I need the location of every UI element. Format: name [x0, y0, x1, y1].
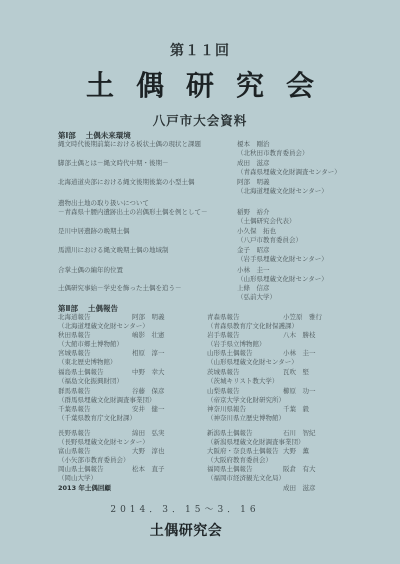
part1-item-author: 金子 昭彦 [237, 246, 270, 255]
part1-item-affiliation: （弘前大学） [237, 293, 276, 302]
report-affiliation: （福岡市経済観光文化局） [207, 474, 285, 483]
report-person: 大野 薫 [283, 447, 309, 456]
report-affiliation: （大館市郷土博物館） [58, 340, 123, 349]
report-title: 群馬県報告 [58, 387, 91, 396]
part1-item-author: 上條 信彦 [237, 284, 270, 293]
part1-item-affiliation: （青森県埋蔵文化財調査センター） [237, 168, 341, 177]
report-affiliation: （新潟県埋蔵文化財調査事業団） [207, 438, 305, 447]
part1-item-affiliation: （八戸市教育委員会） [237, 236, 302, 245]
report-affiliation: （岡山大学） [58, 474, 97, 483]
part1-item-title: 合掌土偶の編年的位置 [58, 266, 123, 275]
report-affiliation: （大阪府教育委員会） [207, 456, 272, 465]
report-person: 八木 勝枝 [283, 331, 316, 340]
report-person: 小笠原 雅行 [283, 313, 322, 322]
report-person: 阪倉 有大 [283, 465, 316, 474]
report-person: 谷藤 保彦 [132, 387, 165, 396]
report-title: 岩手県報告 [207, 331, 240, 340]
part1-item-author: 小林 圭一 [237, 266, 270, 275]
report-title: 福岡県土偶報告 [207, 465, 253, 474]
report-title: 青森県報告 [207, 313, 240, 322]
part1-item-author: 小久保 拓也 [237, 227, 276, 236]
report-affiliation: （神奈川県立歴史博物館） [207, 414, 285, 423]
report-affiliation: （千葉県教育庁文化財課） [58, 414, 136, 423]
report-title: 神奈川県報告 [207, 405, 246, 414]
report-title: 秋田県報告 [58, 331, 91, 340]
part1-item-title: 土偶研究事始－学史を飾った土偶を追う－ [58, 284, 182, 293]
report-title: 千葉県報告 [58, 405, 91, 414]
organizer-name: 土偶研究会 [0, 520, 400, 540]
part1-item-title: 脚部土偶とは－縄文時代中期・後期－ [58, 159, 169, 168]
report-affiliation: （小矢部市教育委員会） [58, 456, 130, 465]
report-title: 茨城県報告 [207, 368, 240, 377]
report-person: 千葉 毅 [283, 405, 309, 414]
part1-item-title: 北海道道央部における縄文後期後葉の小型土偶 [58, 178, 195, 187]
report-person: 瓦吹 堅 [283, 368, 309, 377]
part2-title: 土偶報告 [88, 304, 118, 313]
part1-item-affiliation: （山形県埋蔵文化財センター） [237, 275, 328, 284]
report-person: 綿田 弘実 [132, 429, 165, 438]
report-title: 北海道報告 [58, 313, 91, 322]
part1-item-affiliation: （北海道埋蔵文化財センター） [237, 187, 328, 196]
report-affiliation: （東北歴史博物館） [58, 358, 117, 367]
part1-item-author: 阿部 明義 [237, 178, 270, 187]
event-date: 2014．3．15～3．16 [0, 502, 400, 515]
part1-item-affiliation: （土偶研究会代表） [237, 217, 296, 226]
report-affiliation: （長野県埋蔵文化財センター） [58, 438, 149, 447]
report-affiliation: （帝京大学文化財研究所） [207, 396, 285, 405]
report-affiliation: （青森県教育庁文化財保護課） [207, 322, 298, 331]
part1-item-author: 榎本 剛治 [237, 140, 270, 149]
report-title: 長野県報告 [58, 429, 91, 438]
subtitle: 八戸市大会資料 [0, 111, 400, 129]
part1-item-affiliation: （岩手県埋蔵文化財センター） [237, 255, 328, 264]
report-person: 嶋影 壮憲 [132, 331, 165, 340]
report-person: 小林 圭一 [283, 349, 316, 358]
part1-item-title: 縄文時代後期前葉における板状土偶の現状と課題 [58, 140, 201, 149]
report-person: 中野 幸大 [132, 368, 165, 377]
report-title: 宮城県報告 [58, 349, 91, 358]
retrospective-title: 2013 年土偶回顧 [58, 484, 111, 493]
report-title: 山形県土偶報告 [207, 349, 253, 358]
report-title: 岡山県土偶報告 [58, 465, 104, 474]
report-person: 相原 淳一 [132, 349, 165, 358]
part1-item-title: 遺物出土地の取り扱いについて [58, 199, 149, 208]
report-title: 福島県土偶報告 [58, 368, 104, 377]
report-affiliation: （群馬県埋蔵文化財調査事業団） [58, 396, 156, 405]
report-title: 富山県報告 [58, 447, 91, 456]
part1-item-author: 稲野 裕介 [237, 208, 270, 217]
report-person: 石川 智紀 [283, 429, 316, 438]
report-title: 山梨県報告 [207, 387, 240, 396]
report-person: 大野 淳也 [132, 447, 165, 456]
report-person: 松本 直子 [132, 465, 165, 474]
edition-label: 第１１回 [0, 40, 400, 60]
part2-number: 第Ⅱ部 [58, 304, 78, 313]
report-affiliation: （茨城キリスト教大学） [207, 377, 278, 386]
part1-item-subtitle: －青森県十腰内遺跡出土の岩偶形土偶を例として－ [58, 208, 208, 217]
part1-item-affiliation: （北秋田市教育委員会） [237, 149, 309, 158]
report-person: 櫛原 功一 [283, 387, 316, 396]
part1-number: 第Ⅰ部 [58, 131, 76, 140]
report-affiliation: （山形県埋蔵文化財センター） [207, 358, 298, 367]
report-affiliation: （福島文化振興財団） [58, 377, 123, 386]
part1-item-title: 是川中居遺跡の晩期土偶 [58, 227, 130, 236]
part1-item-title: 馬淵川における縄文晩期土偶の地域制 [58, 246, 169, 255]
report-affiliation: （岩手県立博物館） [207, 340, 266, 349]
retrospective-person: 成田 滋彦 [283, 484, 316, 493]
part1-item-author: 成田 滋彦 [237, 159, 270, 168]
report-title: 新潟県土偶報告 [207, 429, 253, 438]
report-affiliation: （北海道埋蔵文化財センター） [58, 322, 149, 331]
document-cover: 第１１回 土偶研究会 八戸市大会資料 第Ⅰ部土偶未来環境 縄文時代後期前葉におけ… [0, 0, 400, 564]
report-title: 大阪府・奈良県土偶報告 [207, 447, 279, 456]
report-person: 安井 健一 [132, 405, 165, 414]
part1-title: 土偶未来環境 [86, 131, 131, 140]
report-person: 阿部 明義 [132, 313, 165, 322]
main-title: 土偶研究会 [0, 64, 400, 104]
